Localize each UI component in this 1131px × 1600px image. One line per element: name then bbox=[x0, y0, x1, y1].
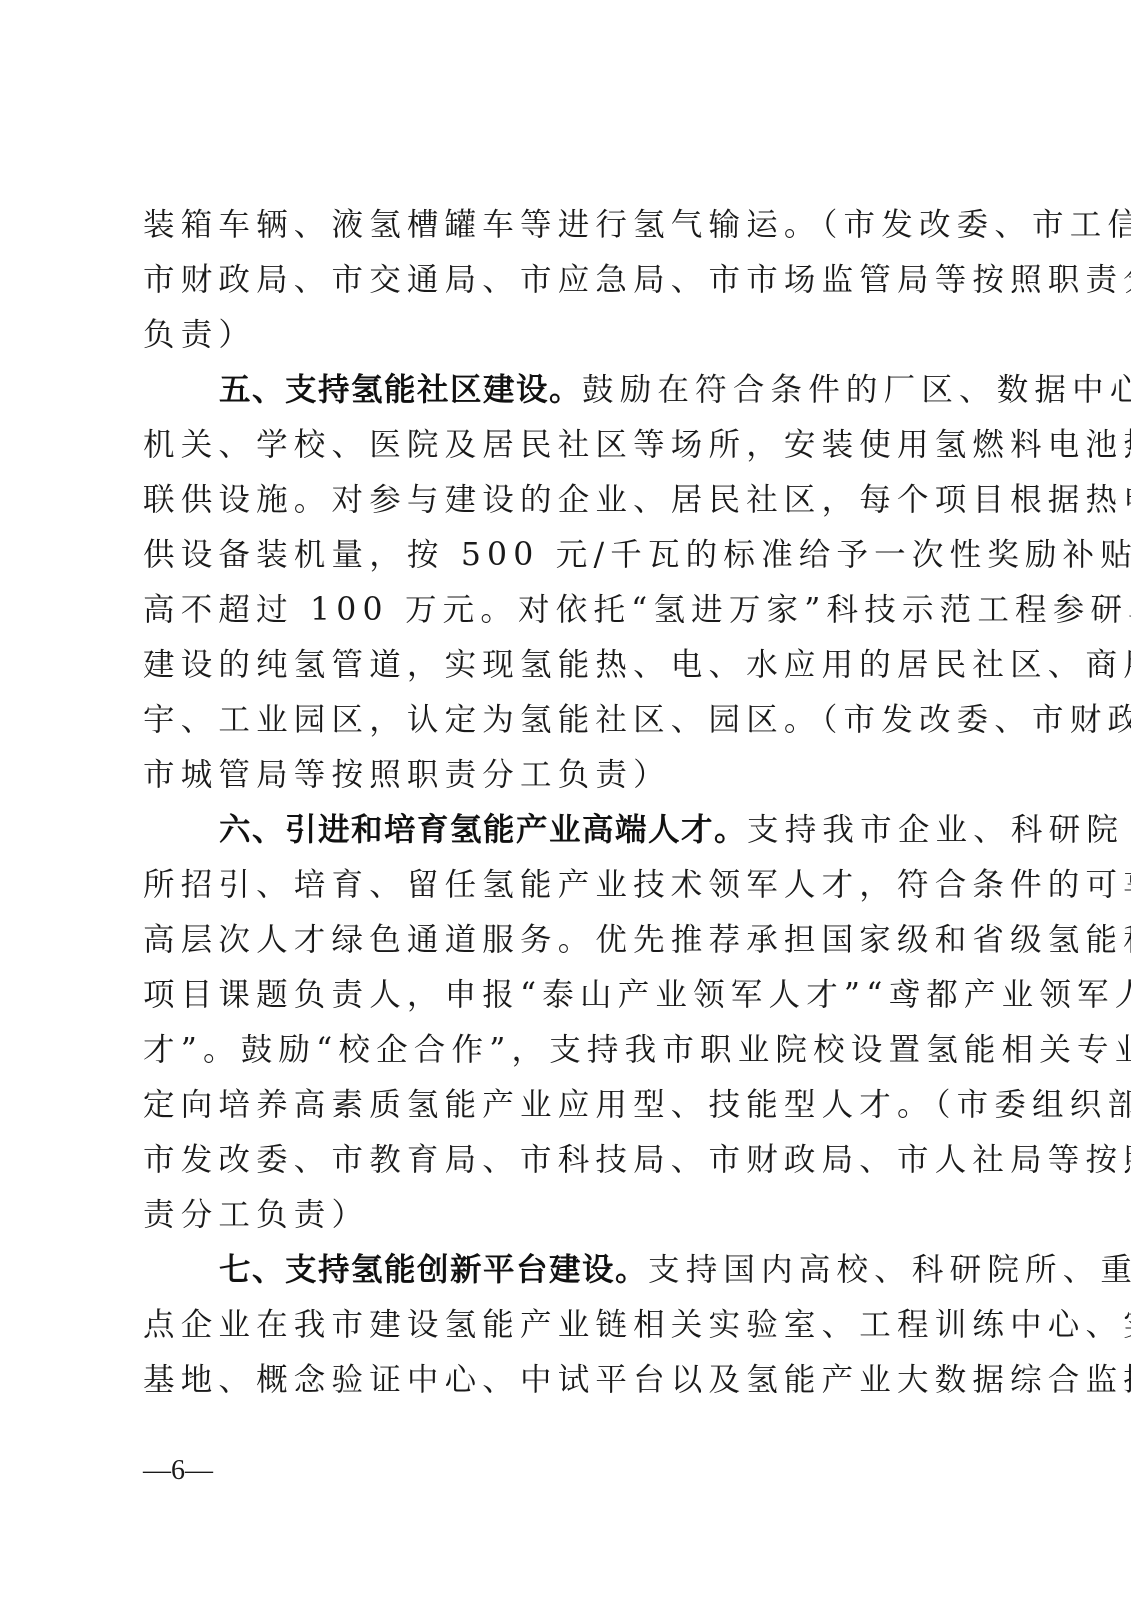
text-line: 高不超过 100 万元。对依托“氢进万家”科技示范工程参研单位 bbox=[143, 583, 985, 638]
text-line: 项目课题负责人，申报“泰山产业领军人才”“鸢都产业领军人 bbox=[143, 968, 985, 1023]
text-line: 点企业在我市建设氢能产业链相关实验室、工程训练中心、实训 bbox=[143, 1298, 985, 1353]
section-heading: 六、引进和培育氢能产业高端人才。 bbox=[219, 812, 747, 848]
section-first-line: 七、支持氢能创新平台建设。支持国内高校、科研院所、重 bbox=[143, 1243, 985, 1298]
text-line: 负责） bbox=[143, 308, 985, 363]
section-5-paragraph: 五、支持氢能社区建设。鼓励在符合条件的厂区、数据中心、 机关、学校、医院及居民社… bbox=[143, 363, 985, 803]
text-line: 宇、工业园区，认定为氢能社区、园区。（市发改委、市财政局、 bbox=[143, 693, 985, 748]
section-heading: 五、支持氢能社区建设。 bbox=[219, 372, 582, 408]
text-line: 才”。鼓励“校企合作”，支持我市职业院校设置氢能相关专业， bbox=[143, 1023, 985, 1078]
text-line: 联供设施。对参与建设的企业、居民社区，每个项目根据热电联 bbox=[143, 473, 985, 528]
text-line: 市城管局等按照职责分工负责） bbox=[143, 748, 985, 803]
body-text: 装箱车辆、液氢槽罐车等进行氢气输运。（市发改委、市工信局、 市财政局、市交通局、… bbox=[143, 198, 985, 1408]
document-page: 装箱车辆、液氢槽罐车等进行氢气输运。（市发改委、市工信局、 市财政局、市交通局、… bbox=[0, 0, 1131, 1600]
text-line: 所招引、培育、留任氢能产业技术领军人才，符合条件的可享受 bbox=[143, 858, 985, 913]
continuation-paragraph: 装箱车辆、液氢槽罐车等进行氢气输运。（市发改委、市工信局、 市财政局、市交通局、… bbox=[143, 198, 985, 363]
text-line: 高层次人才绿色通道服务。优先推荐承担国家级和省级氢能科研 bbox=[143, 913, 985, 968]
section-first-line: 五、支持氢能社区建设。鼓励在符合条件的厂区、数据中心、 bbox=[143, 363, 985, 418]
text-line: 装箱车辆、液氢槽罐车等进行氢气输运。（市发改委、市工信局、 bbox=[143, 198, 985, 253]
section-first-line: 六、引进和培育氢能产业高端人才。支持我市企业、科研院 bbox=[143, 803, 985, 858]
text-line: 责分工负责） bbox=[143, 1188, 985, 1243]
text-line: 基地、概念验证中心、中试平台以及氢能产业大数据综合监控平 bbox=[143, 1353, 985, 1408]
section-text: 支持国内高校、科研院所、重 bbox=[648, 1252, 1131, 1288]
section-6-paragraph: 六、引进和培育氢能产业高端人才。支持我市企业、科研院 所招引、培育、留任氢能产业… bbox=[143, 803, 985, 1243]
text-line: 市发改委、市教育局、市科技局、市财政局、市人社局等按照职 bbox=[143, 1133, 985, 1188]
text-line: 机关、学校、医院及居民社区等场所，安装使用氢燃料电池热电 bbox=[143, 418, 985, 473]
text-line: 定向培养高素质氢能产业应用型、技能型人才。（市委组织部、 bbox=[143, 1078, 985, 1133]
page-number: —6— bbox=[143, 1455, 213, 1487]
text-line: 供设备装机量，按 500 元/千瓦的标准给予一次性奖励补贴，最 bbox=[143, 528, 985, 583]
section-7-paragraph: 七、支持氢能创新平台建设。支持国内高校、科研院所、重 点企业在我市建设氢能产业链… bbox=[143, 1243, 985, 1408]
section-heading: 七、支持氢能创新平台建设。 bbox=[219, 1252, 648, 1288]
section-text: 支持我市企业、科研院 bbox=[747, 812, 1124, 848]
section-text: 鼓励在符合条件的厂区、数据中心、 bbox=[582, 372, 1131, 408]
text-line: 建设的纯氢管道，实现氢能热、电、水应用的居民社区、商用楼 bbox=[143, 638, 985, 693]
text-line: 市财政局、市交通局、市应急局、市市场监管局等按照职责分工 bbox=[143, 253, 985, 308]
